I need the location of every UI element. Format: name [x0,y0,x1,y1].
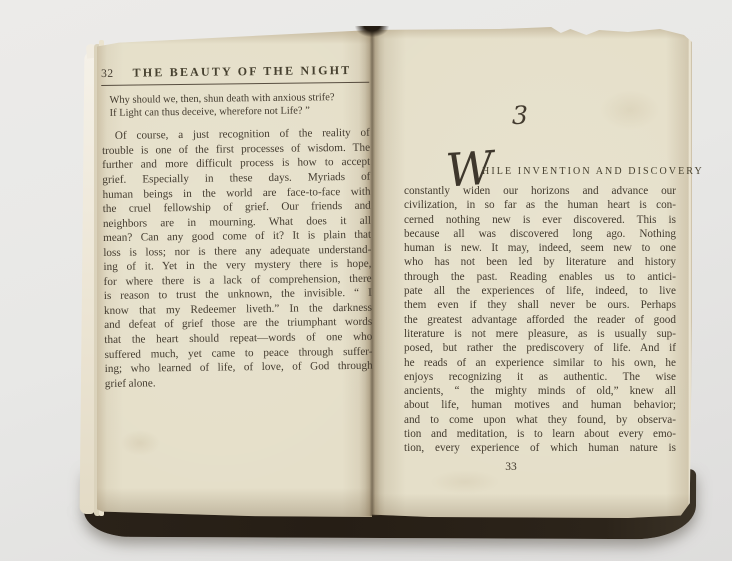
epigraph: Why should we, then, shun death with anx… [101,91,369,121]
text-line: civilization, in so far as the human hea… [404,198,676,212]
text-line: human is new. It may, indeed, seem new t… [404,241,676,255]
text-line: literature is not mere pleasure, as is u… [404,327,676,341]
text-line: through the past. Reading enables us to … [404,270,676,284]
text-line: he reads of an experience similar to his… [404,356,676,370]
text-line: If Light can thus deceive, wherefore not… [110,104,370,120]
left-page-number: 32 [101,68,114,80]
text-line: about life, human motives and human beha… [404,398,676,412]
spine-notch [355,26,389,37]
stain [430,470,500,494]
left-page-content: 32 THE BEAUTY OF THE NIGHT Why should we… [101,63,373,391]
text-line: pate all the experiences of life, indeed… [404,284,676,298]
text-line: the greatest advantage afforded the read… [404,313,676,327]
running-header-title: THE BEAUTY OF THE NIGHT [132,63,351,81]
chapter-number: 3 [384,100,656,132]
text-line: and to come upon what they found, by obs… [404,413,676,427]
text-line: cerned nothing new is ever discovered. T… [404,213,676,227]
chapter-opening-line: W HILE INVENTION AND DISCOVERY [404,162,676,178]
text-line: constantly widen our horizons and advanc… [404,184,676,198]
text-line: posed, but rather the prediscovery of li… [404,341,676,355]
stain [120,430,160,456]
text-line: ancients, “ the mighty minds of old,” kn… [404,384,676,398]
header-rule [101,82,369,86]
text-line: tion and meditation, is to learn about e… [404,427,676,441]
right-page-content: 3 W HILE INVENTION AND DISCOVERY constan… [404,100,676,473]
right-body-text: constantly widen our horizons and advanc… [404,184,676,456]
text-line: because all was discovered long ago. Not… [404,227,676,241]
opening-small-caps: HILE INVENTION AND DISCOVERY [482,166,704,177]
right-page-number: 33 [375,461,647,473]
text-line: tion, every experience of which human na… [404,441,676,455]
running-head: 32 THE BEAUTY OF THE NIGHT [101,63,369,82]
book-photo: 32 THE BEAUTY OF THE NIGHT Why should we… [0,0,732,561]
left-body-text: Of course, a just recognition of the rea… [102,126,373,391]
text-line: enjoys recognizing it as authentic. The … [404,370,676,384]
text-line: them even if they shall never be ours. P… [404,298,676,312]
text-line: who has not been led by literature and h… [404,255,676,269]
